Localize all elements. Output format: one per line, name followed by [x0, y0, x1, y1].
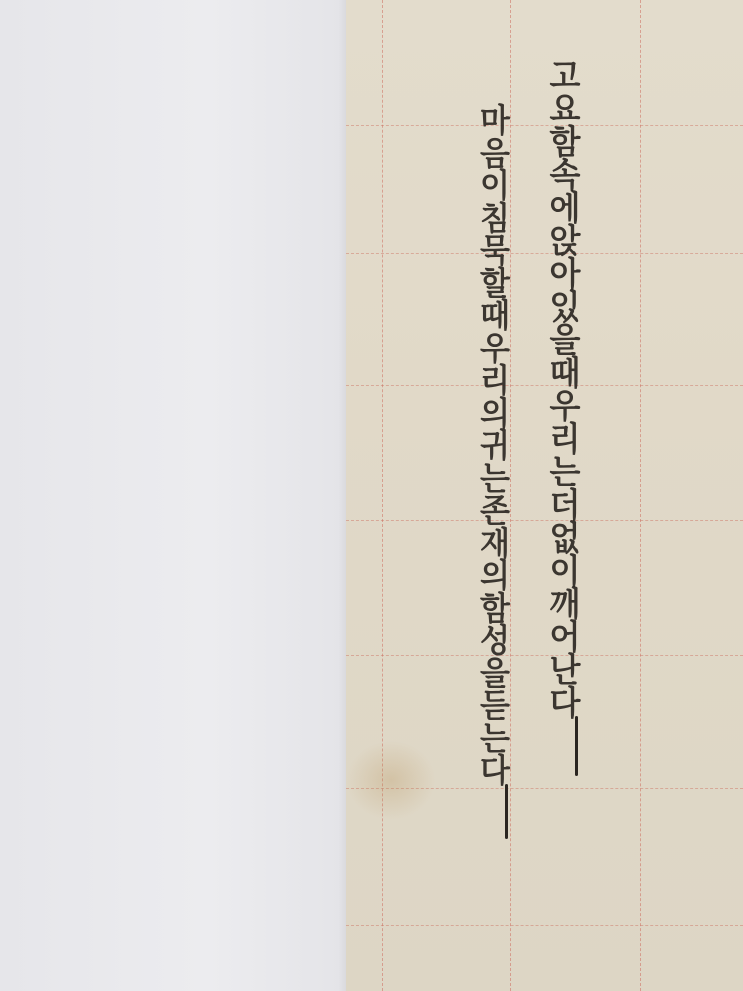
calligraphy-char: 때 [480, 299, 510, 333]
calligraphy-char: 의 [480, 559, 510, 593]
calligraphy-char: 다 [550, 686, 581, 721]
calligraphy-char: 마 [480, 104, 510, 138]
calligraphy-char: 의 [480, 397, 510, 431]
calligraphy-char: 묵 [480, 234, 510, 268]
calligraphy-char: 는 [480, 722, 510, 756]
calligraphy-char: 함 [480, 592, 510, 626]
calligraphy-char: 는 [480, 462, 510, 496]
calligraphy-char: 성 [480, 624, 510, 658]
brush-stroke-tail [505, 784, 508, 839]
calligraphy-char: 귀 [480, 429, 510, 463]
grid-line-horizontal [346, 925, 743, 926]
calligraphy-column-1: 고 요 함 속 에 앉 아 있 을 때 우 리 는 더 없 이 깨 어 난 다 [540, 60, 590, 776]
calligraphy-char: 듣 [480, 689, 510, 723]
calligraphy-char: 우 [480, 332, 510, 366]
water-stain [346, 740, 436, 820]
calligraphy-char: 할 [480, 267, 510, 301]
white-wall-background [0, 0, 346, 991]
grid-line-vertical [382, 0, 383, 991]
brush-stroke-tail [575, 716, 578, 776]
calligraphy-char: 을 [480, 657, 510, 691]
grid-line-vertical [640, 0, 641, 991]
calligraphy-column-2: 마 음 이 침 묵 할 때 우 리 의 귀 는 존 재 의 함 성 을 듣 는 … [470, 105, 520, 839]
calligraphy-char: 침 [480, 202, 510, 236]
calligraphy-char: 리 [480, 364, 510, 398]
calligraphy-char: 재 [480, 527, 510, 561]
calligraphy-char: 음 [480, 137, 510, 171]
calligraphy-char: 존 [480, 494, 510, 528]
calligraphy-char: 다 [480, 754, 510, 788]
calligraphy-char: 이 [480, 169, 510, 203]
